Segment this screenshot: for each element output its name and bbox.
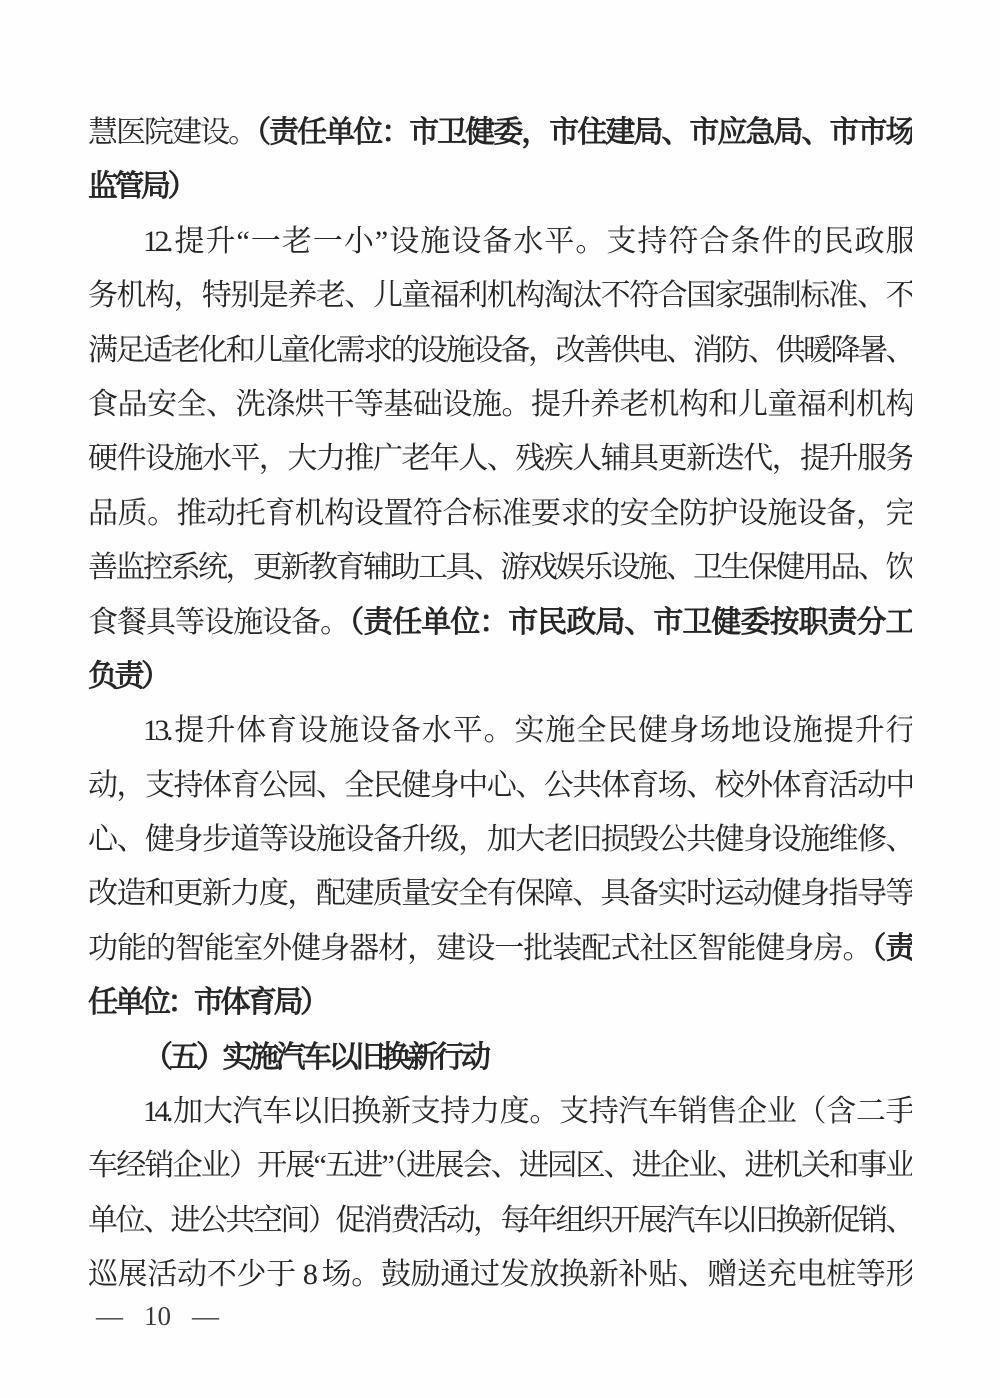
- footer-right-dash: —: [192, 1301, 219, 1331]
- text-segment: 车经销企业）开展“五进”（进展会、进园区、进企业、进机关和事业: [88, 1149, 912, 1182]
- bold-text-segment: 任单位：市体育局）: [88, 986, 327, 1019]
- text-line: 硬件设施水平，大力推广老年人、残疾人辅具更新迭代，提升服务: [88, 432, 912, 486]
- text-segment: 改造和更新力度，配建质量安全有保障、具备实时运动健身指导等: [88, 877, 912, 910]
- text-line: 食品安全、洗涤烘干等基础设施。提升养老机构和儿童福利机构: [88, 378, 912, 432]
- text-segment: 功能的智能室外健身器材，建设一批装配式社区智能健身房。: [88, 932, 871, 965]
- text-segment: 巡展活动不少于 8 场。鼓励通过发放换新补贴、赠送充电桩等形: [88, 1258, 912, 1291]
- text-line: 功能的智能室外健身器材，建设一批装配式社区智能健身房。（责: [88, 922, 912, 976]
- text-segment: 食餐具等设施设备。: [88, 606, 349, 639]
- text-segment: 动，支持体育公园、全民健身中心、公共体育场、校外体育活动中: [88, 769, 912, 802]
- text-line: 13.提升体育设施设备水平。实施全民健身场地设施提升行: [88, 704, 912, 758]
- text-line: 慧医院建设。（责任单位：市卫健委，市住建局、市应急局、市市场: [88, 106, 912, 160]
- document-page: 慧医院建设。（责任单位：市卫健委，市住建局、市应急局、市市场监管局）12.提升“…: [0, 0, 1000, 1398]
- bold-text-segment: （五）实施汽车以旧换新行动: [143, 1041, 488, 1074]
- text-line: 改造和更新力度，配建质量安全有保障、具备实时运动健身指导等: [88, 867, 912, 921]
- text-segment: 心、健身步道等设施设备升级，加大老旧损毁公共健身设施维修、: [88, 823, 912, 856]
- text-line: 品质。推动托育机构设置符合标准要求的安全防护设施设备，完: [88, 487, 912, 541]
- page-footer: —10—: [96, 1296, 219, 1336]
- document-body: 慧医院建设。（责任单位：市卫健委，市住建局、市应急局、市市场监管局）12.提升“…: [88, 106, 912, 1303]
- text-line: 务机构，特别是养老、儿童福利机构淘汰不符合国家强制标准、不: [88, 269, 912, 323]
- text-line: 食餐具等设施设备。（责任单位：市民政局、市卫健委按职责分工: [88, 596, 912, 650]
- text-segment: 14.加大汽车以旧换新支持力度。支持汽车销售企业（含二手: [143, 1095, 912, 1128]
- text-segment: 硬件设施水平，大力推广老年人、残疾人辅具更新迭代，提升服务: [88, 442, 912, 475]
- text-segment: 满足适老化和儿童化需求的设施设备，改善供电、消防、供暖降暑、: [88, 334, 912, 367]
- footer-left-dash: —: [96, 1301, 123, 1331]
- text-line: 监管局）: [88, 160, 912, 214]
- text-segment: 慧医院建设。: [88, 116, 256, 149]
- bold-text-segment: （责: [871, 932, 912, 965]
- bold-text-segment: （责任单位：市卫健委，市住建局、市应急局、市市场: [256, 116, 912, 149]
- text-line: 14.加大汽车以旧换新支持力度。支持汽车销售企业（含二手: [88, 1085, 912, 1139]
- text-line: 12.提升“一老一小”设施设备水平。支持符合条件的民政服: [88, 215, 912, 269]
- text-line: 负责）: [88, 650, 912, 704]
- text-line: （五）实施汽车以旧换新行动: [88, 1031, 912, 1085]
- text-line: 单位、进公共空间）促消费活动，每年组织开展汽车以旧换新促销、: [88, 1194, 912, 1248]
- text-segment: 食品安全、洗涤烘干等基础设施。提升养老机构和儿童福利机构: [88, 388, 912, 421]
- text-line: 善监控系统，更新教育辅助工具、游戏娱乐设施、卫生保健用品、饮: [88, 541, 912, 595]
- text-line: 心、健身步道等设施设备升级，加大老旧损毁公共健身设施维修、: [88, 813, 912, 867]
- text-line: 动，支持体育公园、全民健身中心、公共体育场、校外体育活动中: [88, 759, 912, 813]
- text-line: 巡展活动不少于 8 场。鼓励通过发放换新补贴、赠送充电桩等形: [88, 1248, 912, 1302]
- bold-text-segment: 负责）: [88, 660, 168, 693]
- text-segment: 单位、进公共空间）促消费活动，每年组织开展汽车以旧换新促销、: [88, 1204, 912, 1237]
- text-segment: 善监控系统，更新教育辅助工具、游戏娱乐设施、卫生保健用品、饮: [88, 551, 912, 584]
- text-segment: 12.提升“一老一小”设施设备水平。支持符合条件的民政服: [143, 225, 912, 258]
- text-line: 车经销企业）开展“五进”（进展会、进园区、进企业、进机关和事业: [88, 1139, 912, 1193]
- page-number: 10: [144, 1301, 171, 1331]
- text-segment: 务机构，特别是养老、儿童福利机构淘汰不符合国家强制标准、不: [88, 279, 912, 312]
- text-line: 满足适老化和儿童化需求的设施设备，改善供电、消防、供暖降暑、: [88, 324, 912, 378]
- bold-text-segment: （责任单位：市民政局、市卫健委按职责分工: [349, 606, 912, 639]
- bold-text-segment: 监管局）: [88, 170, 194, 203]
- text-segment: 品质。推动托育机构设置符合标准要求的安全防护设施设备，完: [88, 497, 912, 530]
- text-line: 任单位：市体育局）: [88, 976, 912, 1030]
- text-segment: 13.提升体育设施设备水平。实施全民健身场地设施提升行: [143, 714, 912, 747]
